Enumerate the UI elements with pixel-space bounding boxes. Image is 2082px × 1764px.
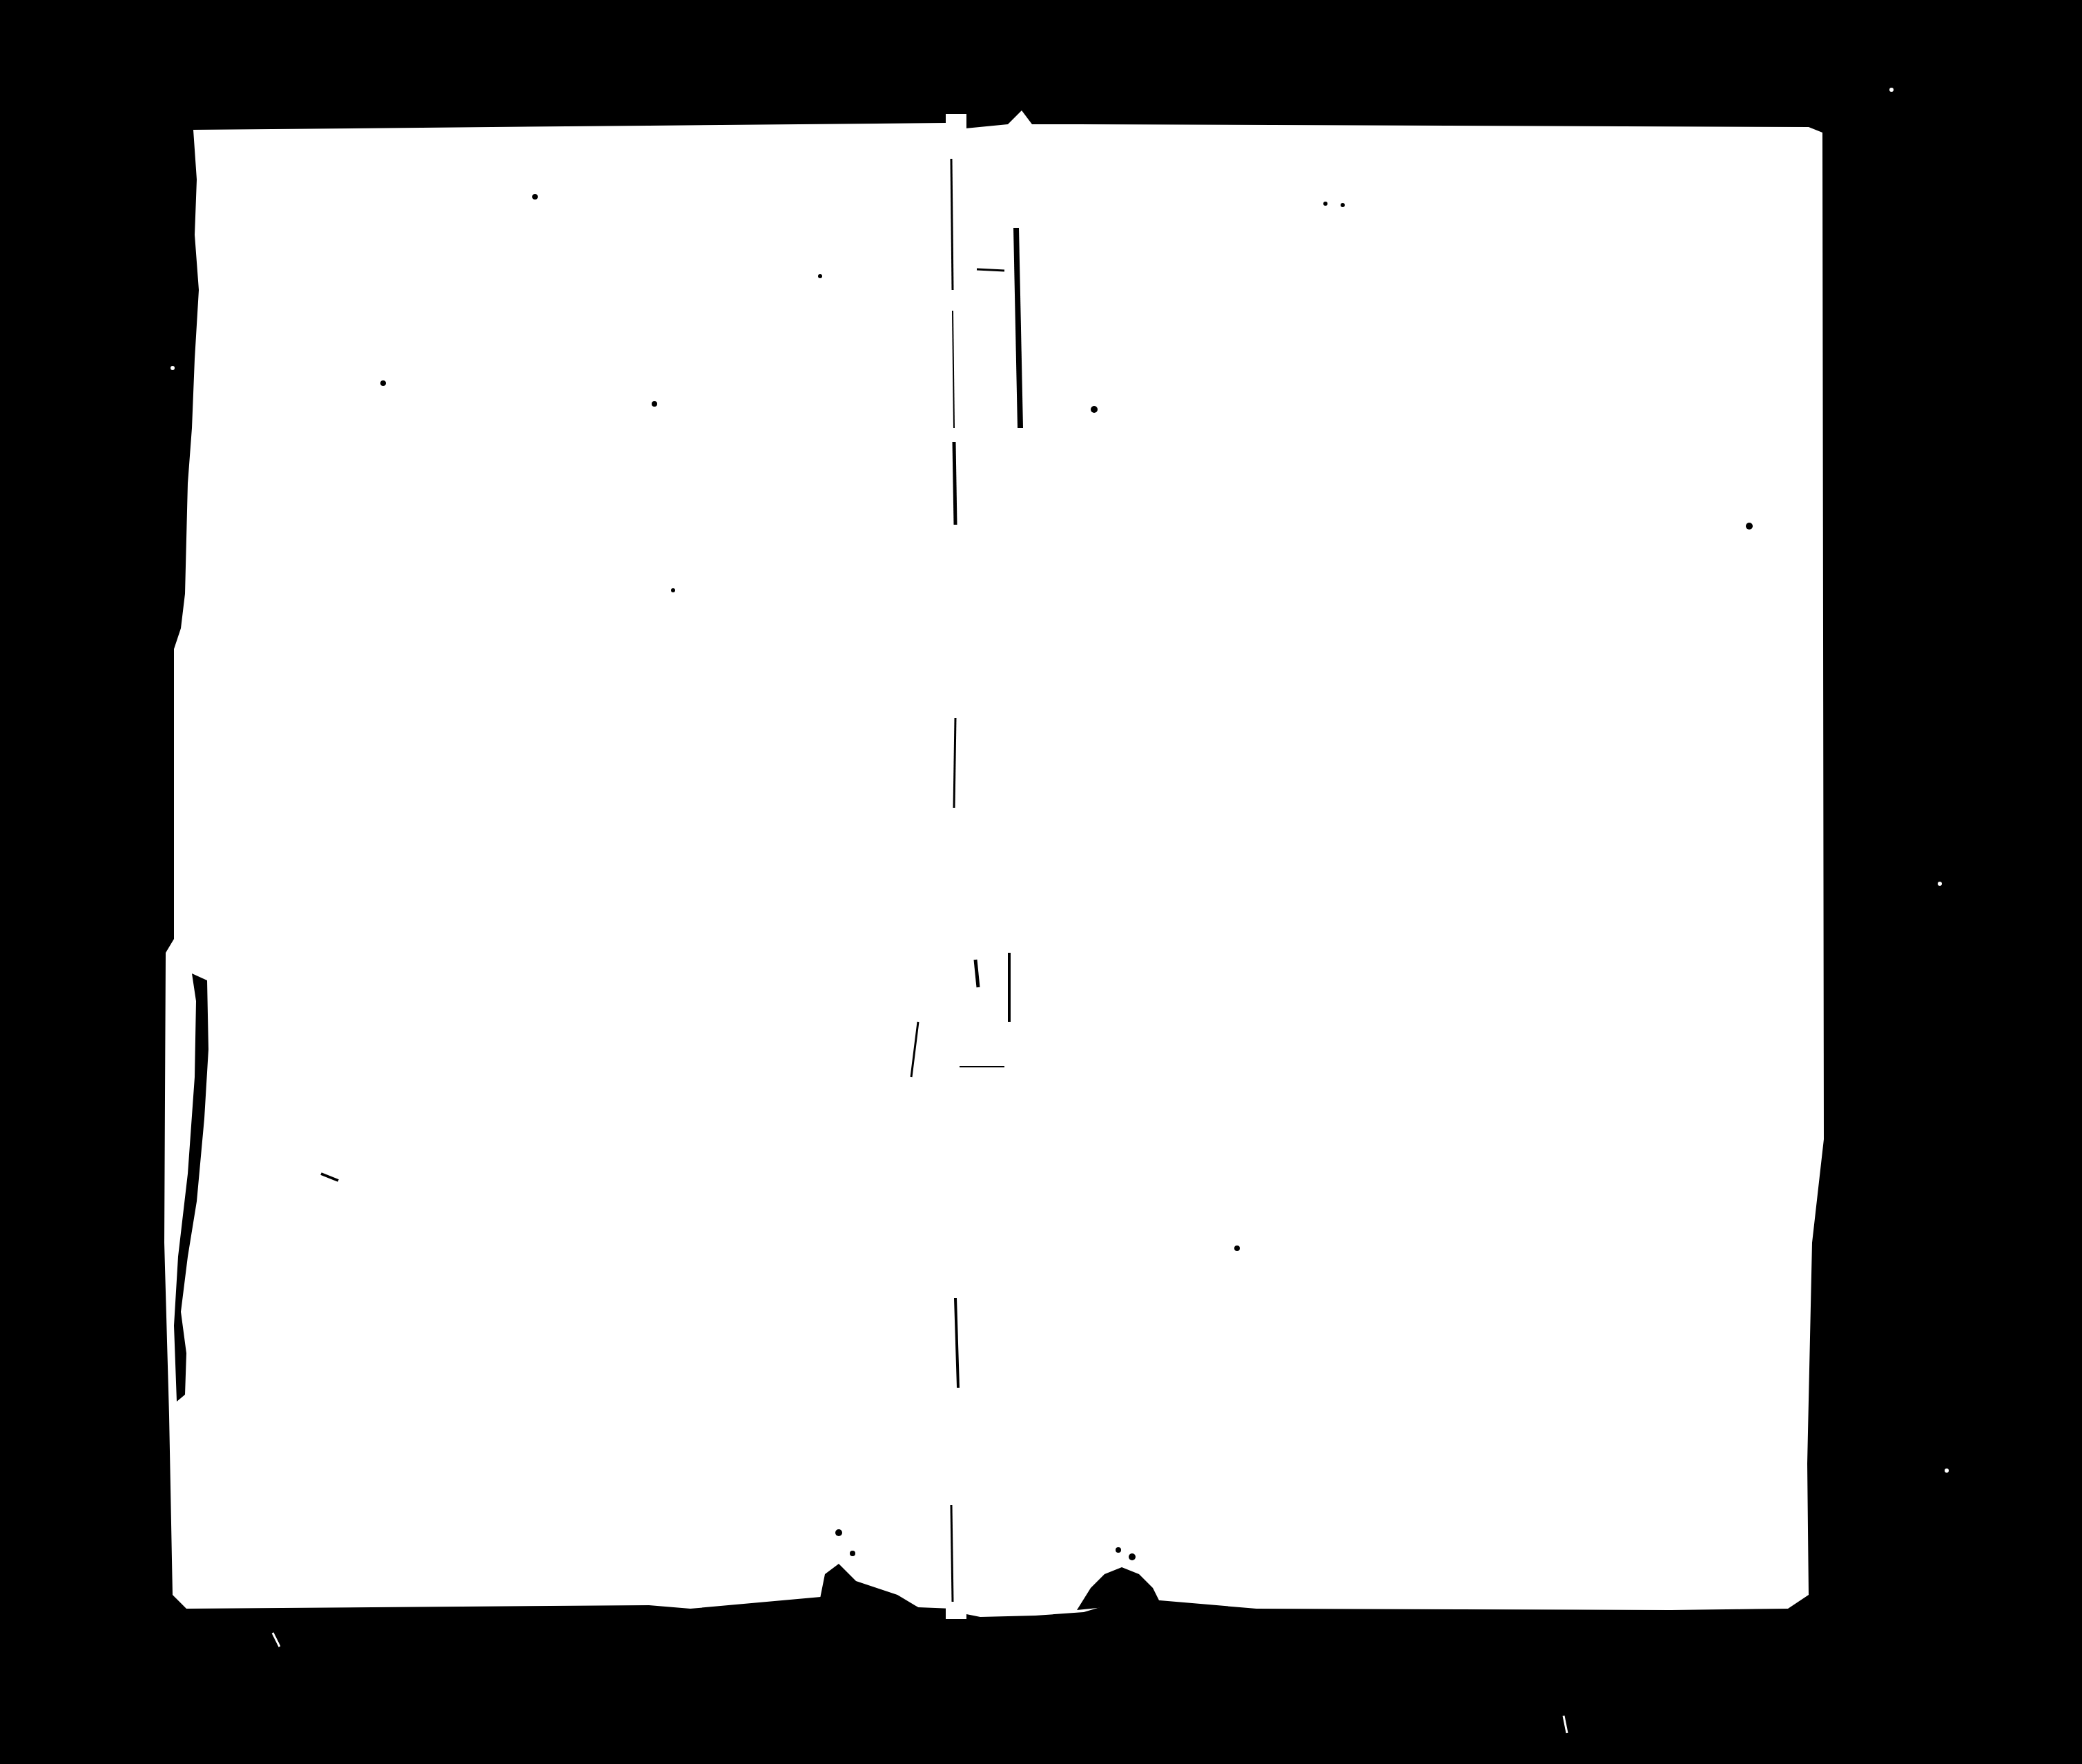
right-page (951, 110, 1824, 1617)
book-spine (946, 114, 966, 1619)
left-page (164, 123, 953, 1609)
scanned-book-spread (0, 0, 2082, 1764)
